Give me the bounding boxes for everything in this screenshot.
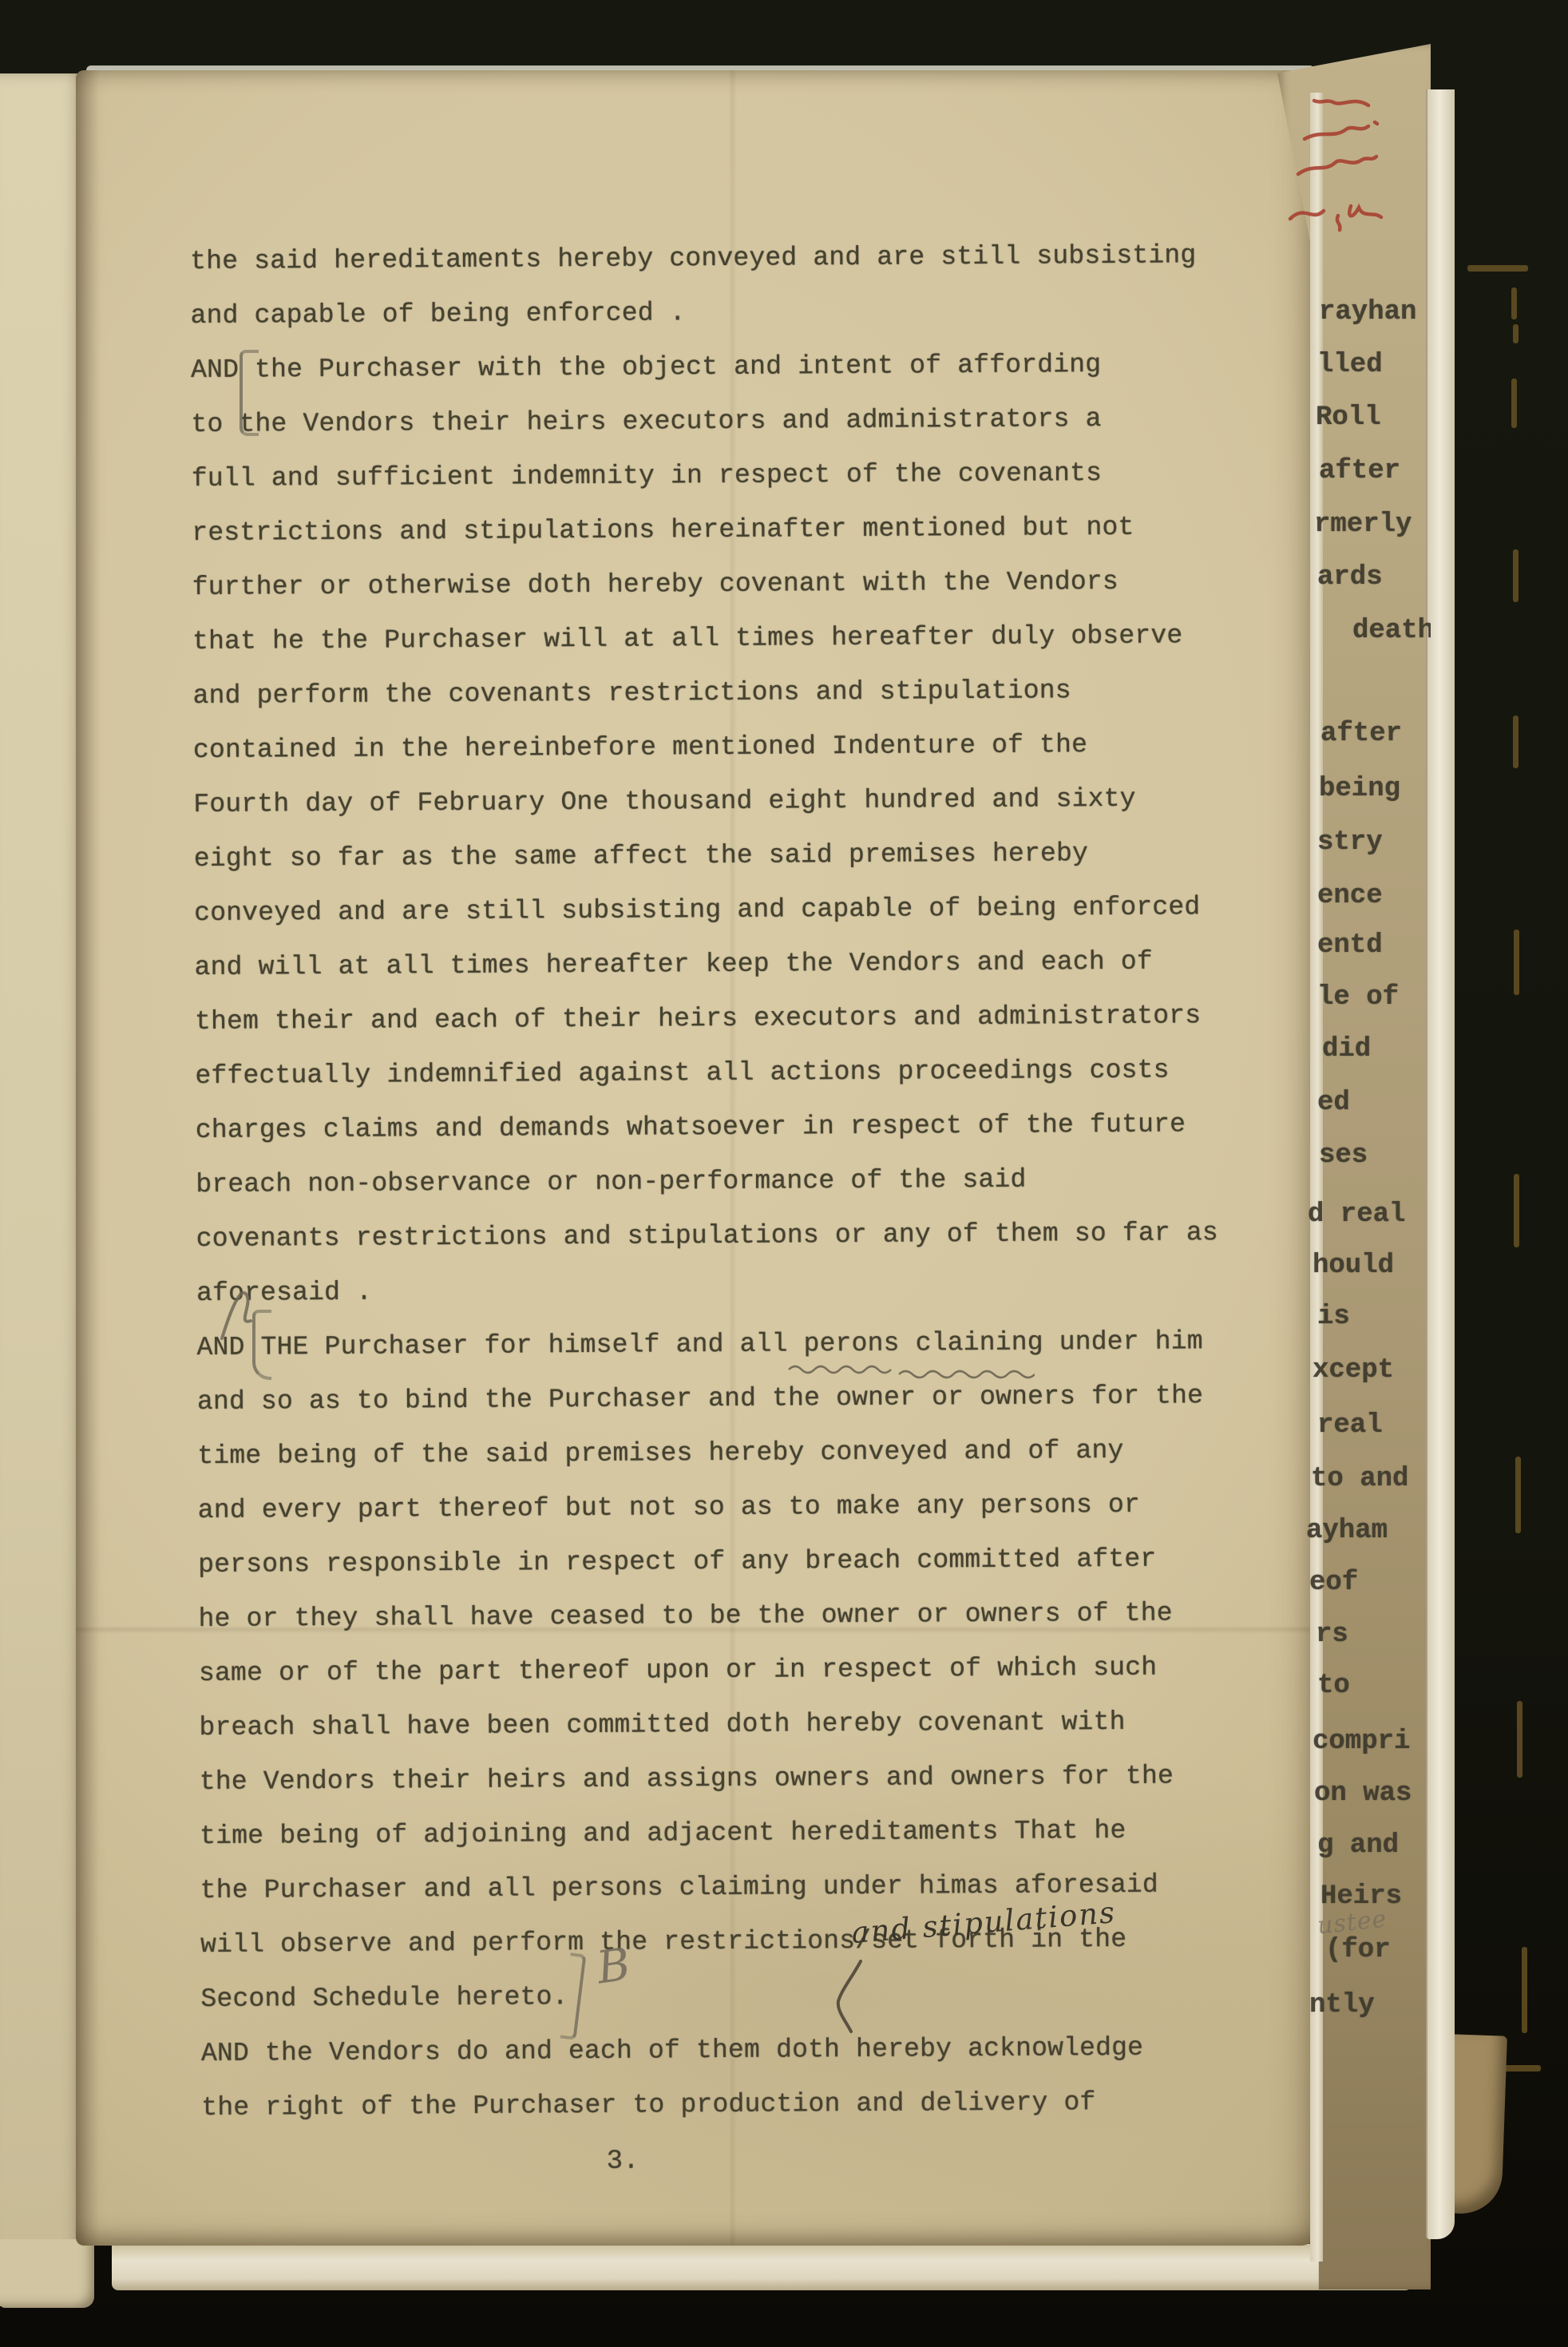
pencil-letter-b: B: [594, 1938, 634, 1994]
pencil-a-mark: [217, 1289, 257, 1342]
stitch-mark: [1467, 265, 1528, 272]
edge-fragment: Roll: [1316, 402, 1381, 433]
edge-fragment: d real: [1308, 1199, 1405, 1230]
edge-fragment: ed: [1317, 1088, 1350, 1118]
edge-fragment: ence: [1317, 881, 1383, 911]
stitch-mark: [1515, 1457, 1521, 1533]
edge-fragment: did: [1322, 1034, 1371, 1064]
wavy-underline: [787, 1362, 894, 1375]
insertion-caret-mark: [827, 1958, 865, 2036]
edge-fragment: compri: [1313, 1727, 1410, 1757]
edge-fragment: ntly: [1309, 1990, 1375, 2020]
edge-fragment: rayhan: [1319, 297, 1416, 327]
edge-fragment: after: [1319, 456, 1400, 486]
edge-fragment: stry: [1317, 827, 1383, 858]
wavy-underline: [897, 1367, 1035, 1380]
edge-fragment: is: [1317, 1302, 1350, 1332]
edge-fragment: ards: [1317, 562, 1383, 593]
edge-fragment: entd: [1317, 930, 1383, 961]
edge-fragment: to: [1317, 1671, 1350, 1701]
edge-fragment: (for: [1325, 1935, 1391, 1965]
stitch-mark: [1517, 1701, 1522, 1778]
edge-fragment: hould: [1313, 1251, 1394, 1281]
edge-fragment: eof: [1309, 1568, 1358, 1598]
pencil-bracket-open: [252, 1310, 271, 1380]
stitch-mark: [1513, 324, 1519, 343]
edge-fragment: xcept: [1313, 1355, 1394, 1386]
edge-fragment: rs: [1316, 1620, 1348, 1650]
stitch-mark: [1513, 549, 1519, 602]
stitch-mark: [1511, 287, 1517, 319]
pencil-bracket-open: [240, 350, 259, 436]
edge-fragment: on was: [1314, 1778, 1412, 1809]
edge-fragment: ayham: [1306, 1516, 1388, 1546]
stitch-mark: [1514, 1174, 1519, 1247]
stitch-mark: [1514, 930, 1519, 995]
stitch-mark: [1511, 379, 1517, 428]
edge-fragment: ses: [1319, 1140, 1368, 1171]
edge-fragment: death: [1352, 616, 1431, 646]
edge-fragment: real: [1317, 1410, 1383, 1441]
red-ink-scribble: [1274, 93, 1396, 256]
edge-fragments-layer: rayhanlledRollafterrmerlyardsdeathafterb…: [0, 0, 1431, 2347]
edge-fragment: lled: [1317, 350, 1383, 380]
edge-fragment: g and: [1317, 1830, 1399, 1861]
edge-fragment: to and: [1311, 1464, 1408, 1494]
edge-fragment: after: [1321, 719, 1402, 749]
edge-fragment: being: [1319, 774, 1400, 804]
edge-fragment: le of: [1317, 982, 1399, 1013]
stitch-mark: [1522, 1947, 1527, 2033]
stitch-mark: [1513, 716, 1519, 768]
edge-fragment: rmerly: [1314, 509, 1412, 540]
